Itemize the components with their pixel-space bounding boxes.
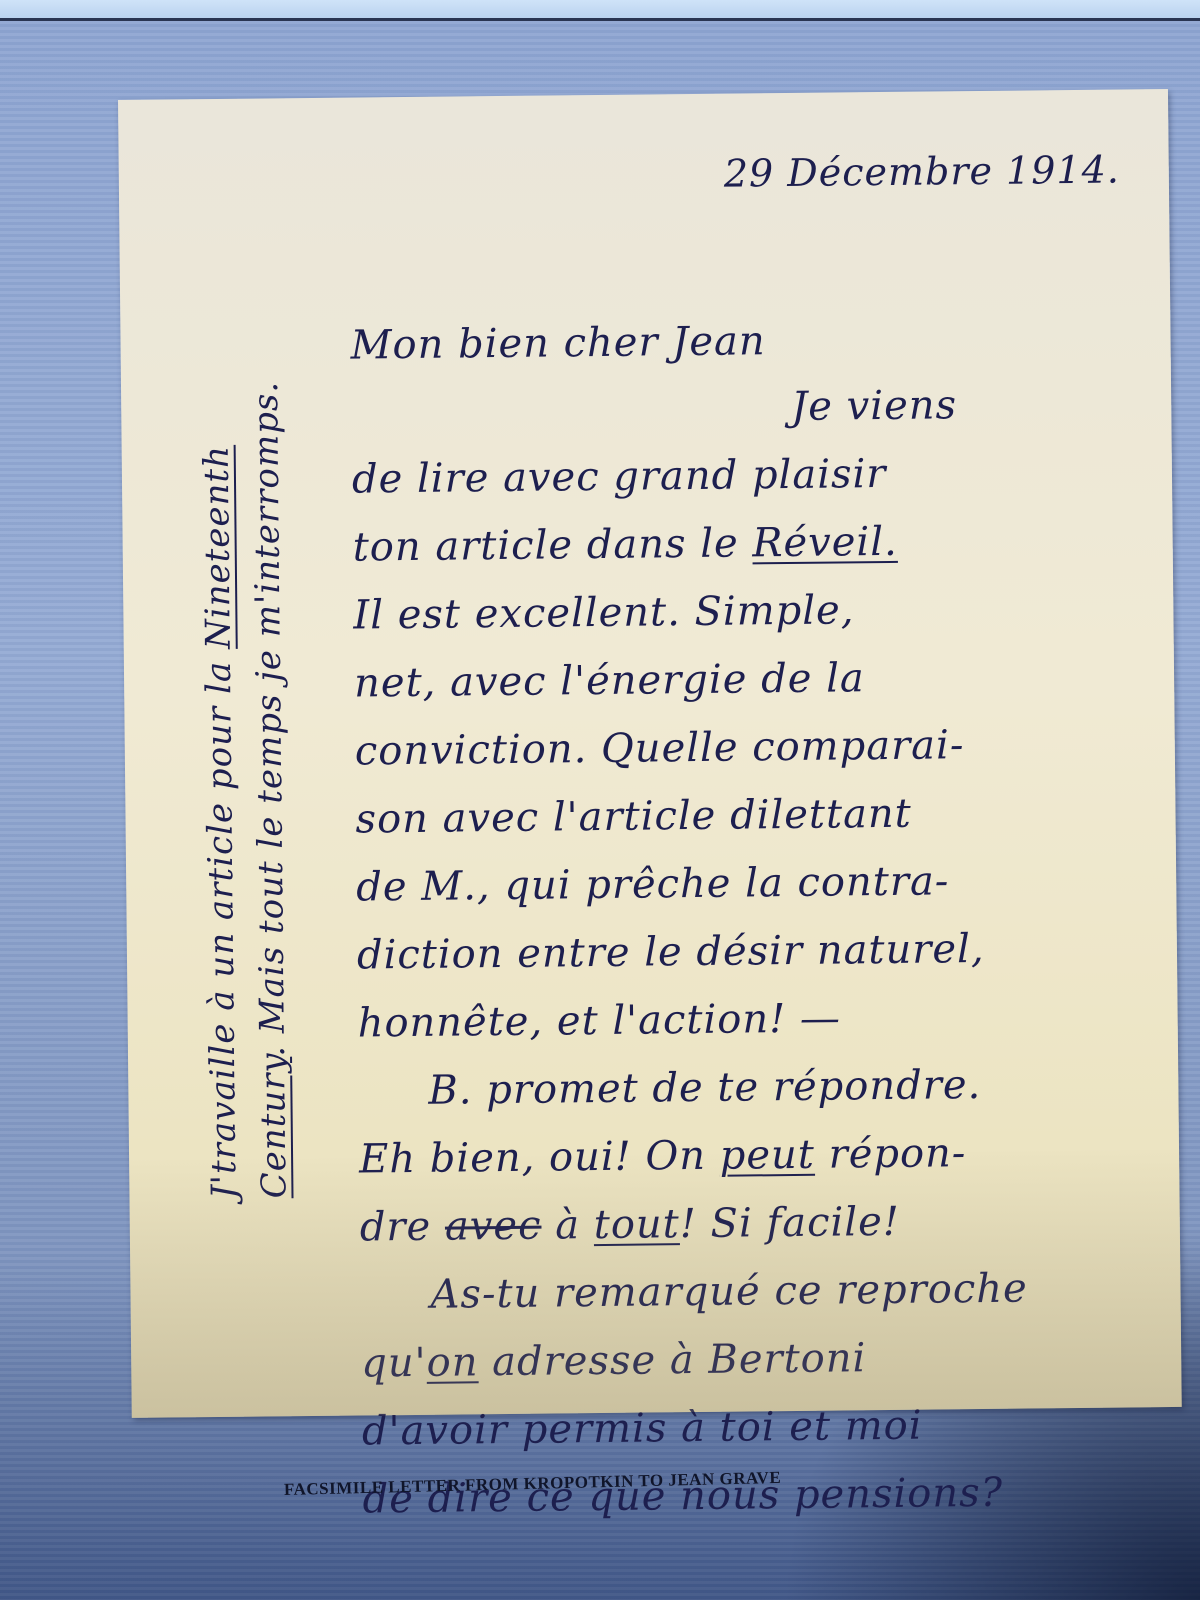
underlined-word-on: on [426,1339,478,1386]
letter-line: As-tu remarqué ce reproche [360,1253,1151,1329]
letter-line: honnête, et l'action! — [357,981,1148,1057]
underlined-word-tout: tout [594,1201,680,1248]
letter-line: de lire avec grand plaisir [352,437,1143,513]
line-text: répon- [815,1130,967,1178]
letter-line: Eh bien, oui! On peut répon- [359,1117,1150,1193]
line-text: adresse à Bertoni [478,1335,866,1385]
struck-word: avec [445,1203,542,1250]
letter-line: B. promet de te répondre. [358,1049,1149,1125]
underlined-word-century: Century [253,1057,294,1199]
letter-line: dre avec à tout! Si facile! [359,1185,1150,1261]
letter-line: de M., qui prêche la contra- [356,845,1147,921]
letter-facsimile: 29 Décembre 1914. Mon bien cher Jean Je … [118,89,1182,1418]
line-text: dre [360,1204,446,1251]
letter-body: Je viens de lire avec grand plaisir ton … [351,369,1153,1533]
line-text: ! Si facile! [679,1199,900,1247]
underlined-word-peut: peut [719,1132,815,1179]
letter-date: 29 Décembre 1914. [724,148,1120,196]
letter-line: net, avec l'énergie de la [354,641,1145,717]
line-text: qu' [361,1340,427,1387]
line-text: J'travaille à un article pour la [199,649,245,1199]
line-text: . Mais tout le temps je m'interromps. [246,381,293,1057]
underlined-word-nineteenth: Nineteenth [197,445,239,649]
letter-salutation: Mon bien cher Jean [350,318,766,368]
letter-line: diction entre le désir naturel, [357,913,1148,989]
margin-note-vertical: J'travaille à un article pour la Ninetee… [190,298,299,1199]
letter-line: Il est excellent. Simple, [353,573,1144,649]
letter-line: conviction. Quelle comparai- [354,709,1145,785]
margin-note-line: Century. Mais tout le temps je m'interro… [240,298,299,1198]
letter-line: son avec l'article dilettant [355,777,1146,853]
underlined-word-reveil: Réveil. [752,519,898,567]
line-text: ton article dans le [352,520,752,570]
letter-line: ton article dans le Réveil. [352,505,1143,581]
letter-line: d'avoir permis à toi et moi [362,1389,1153,1465]
line-text: à [541,1202,594,1249]
letter-line: qu'on adresse à Bertoni [361,1321,1152,1397]
line-text: Eh bien, oui! On [359,1133,720,1183]
letter-line: Je viens [351,369,1142,445]
